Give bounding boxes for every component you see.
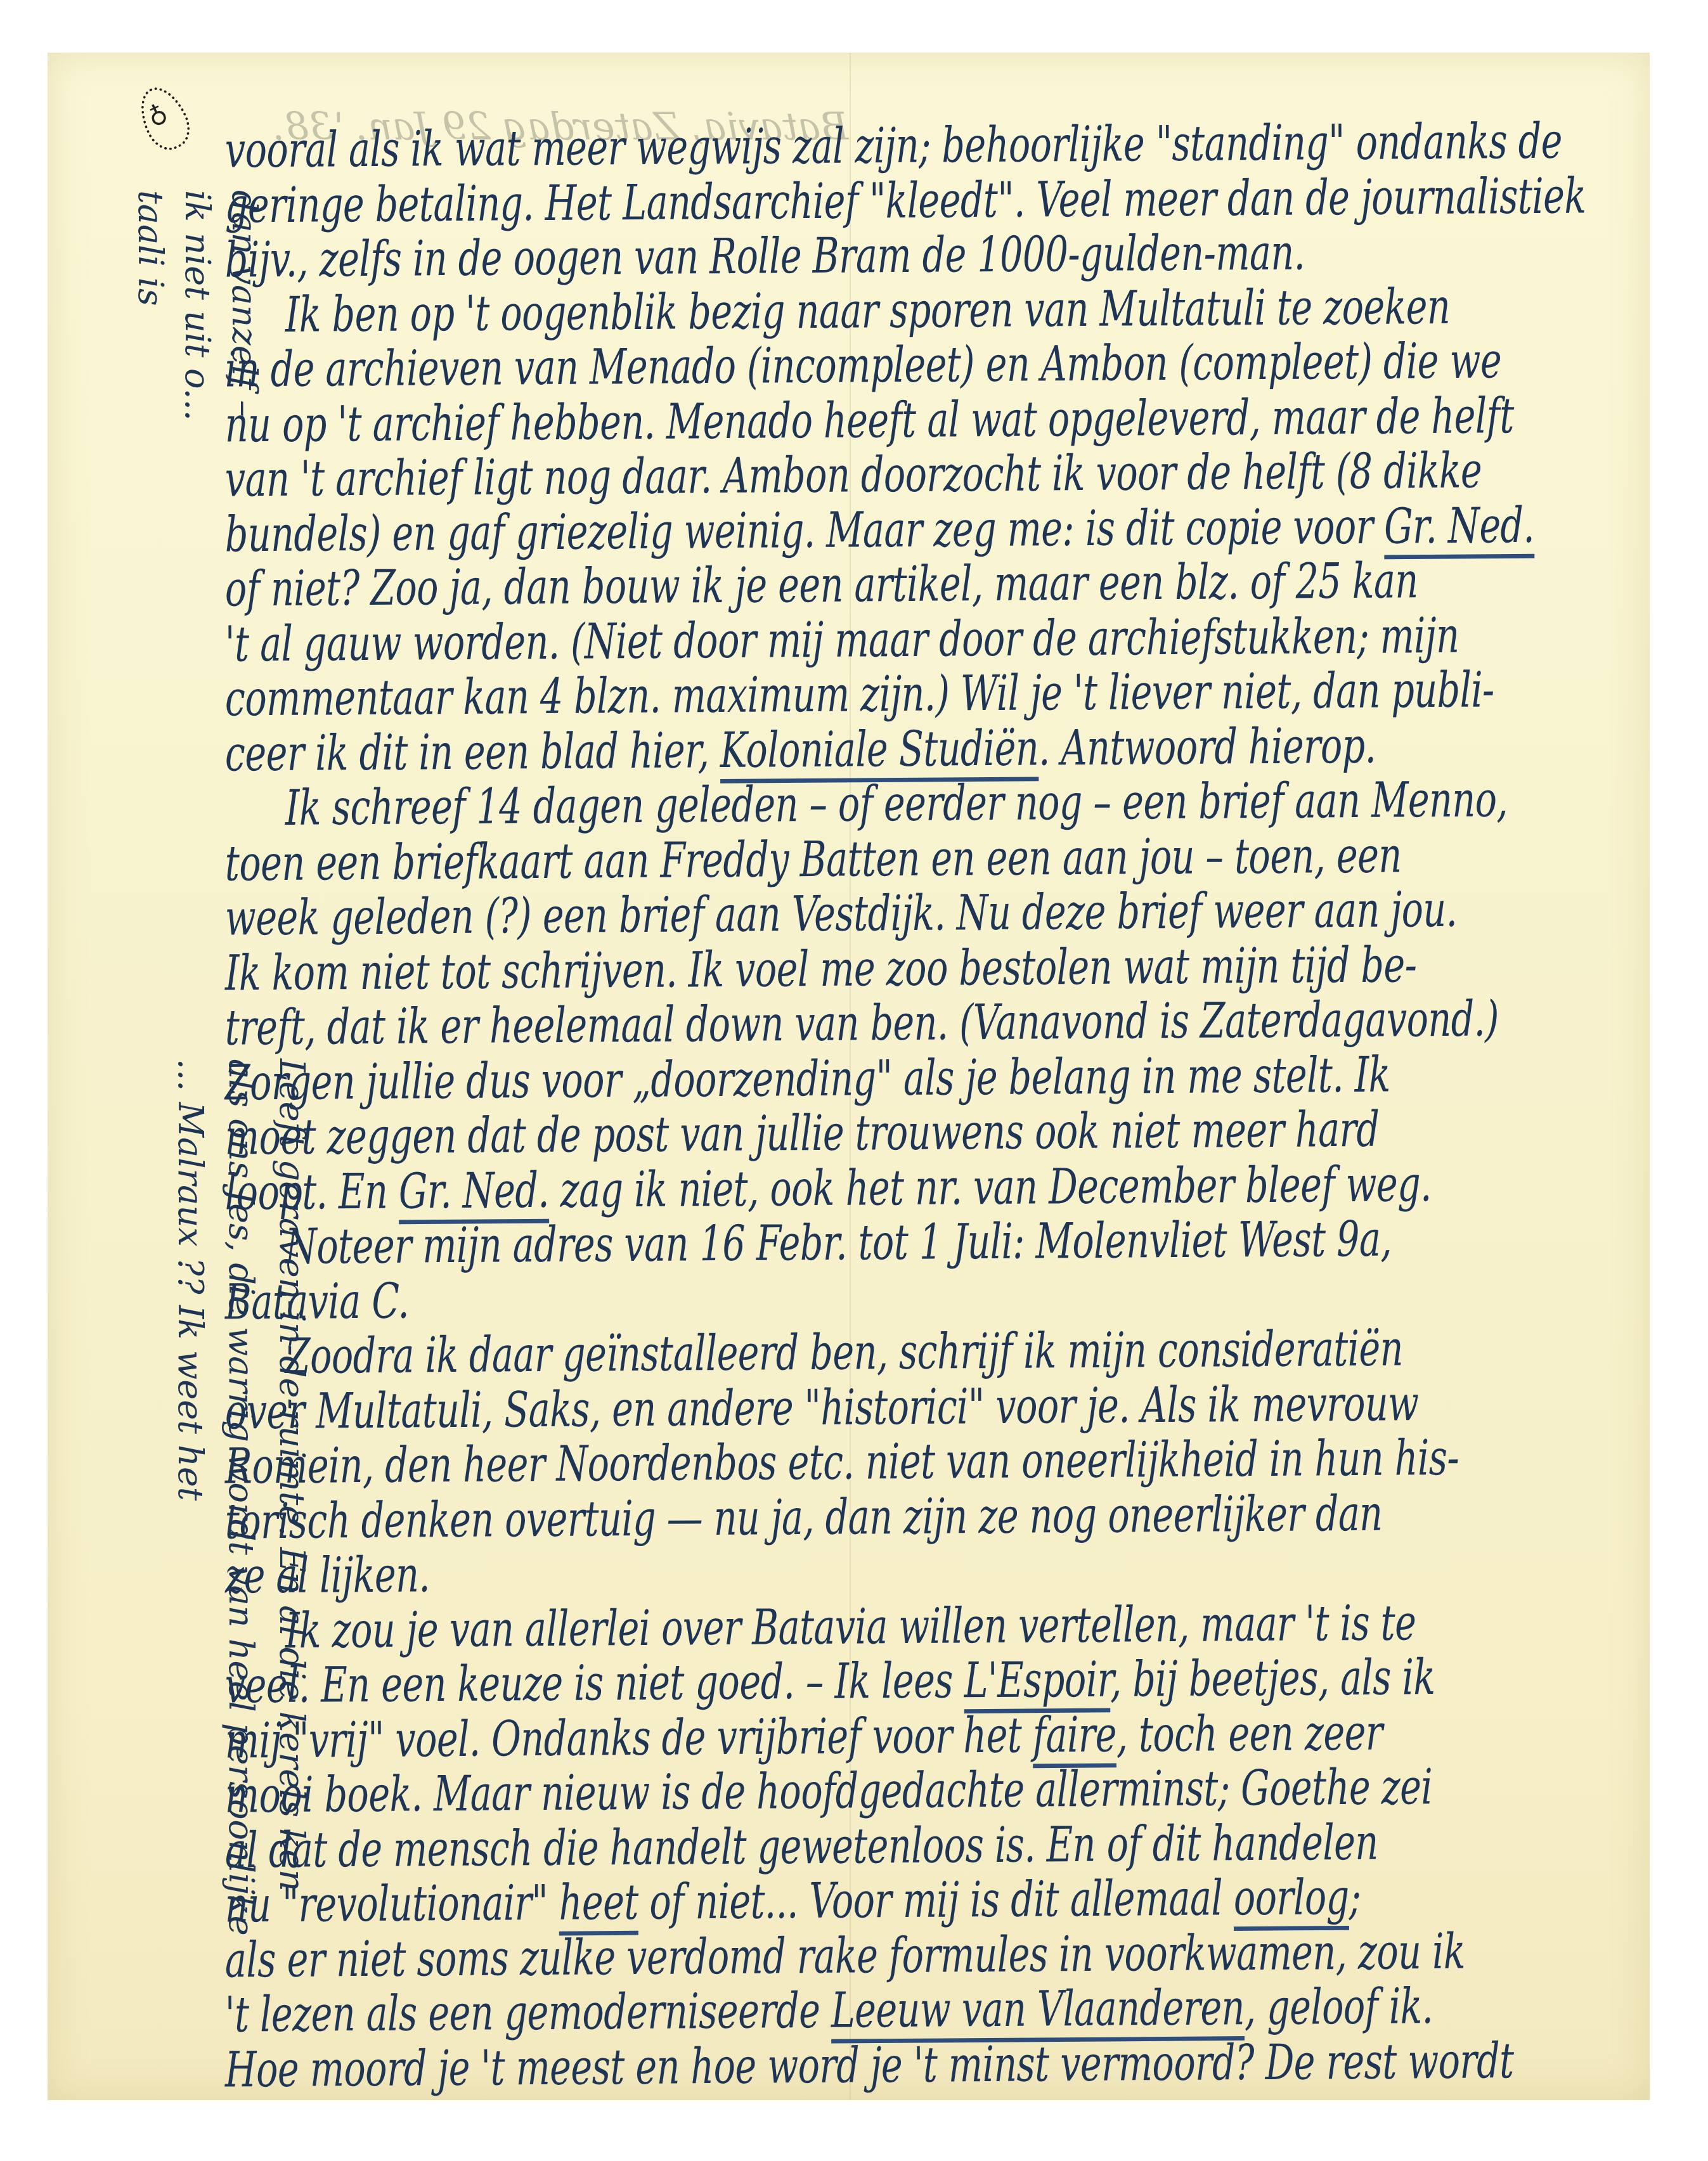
- margin-line: ik niet uit o...: [174, 190, 221, 421]
- margin-line: taali is: [127, 190, 174, 421]
- margin-line: ... Malraux ?? Ik weet het: [165, 1059, 216, 1936]
- seal-glyph-icon: ♁: [144, 100, 173, 134]
- letter-body: vooral als ik wat meer wegwijs zal zijn;…: [225, 124, 1639, 2098]
- body-line: Hoe moord je 't meest en hoe word je 't …: [225, 2023, 1639, 2108]
